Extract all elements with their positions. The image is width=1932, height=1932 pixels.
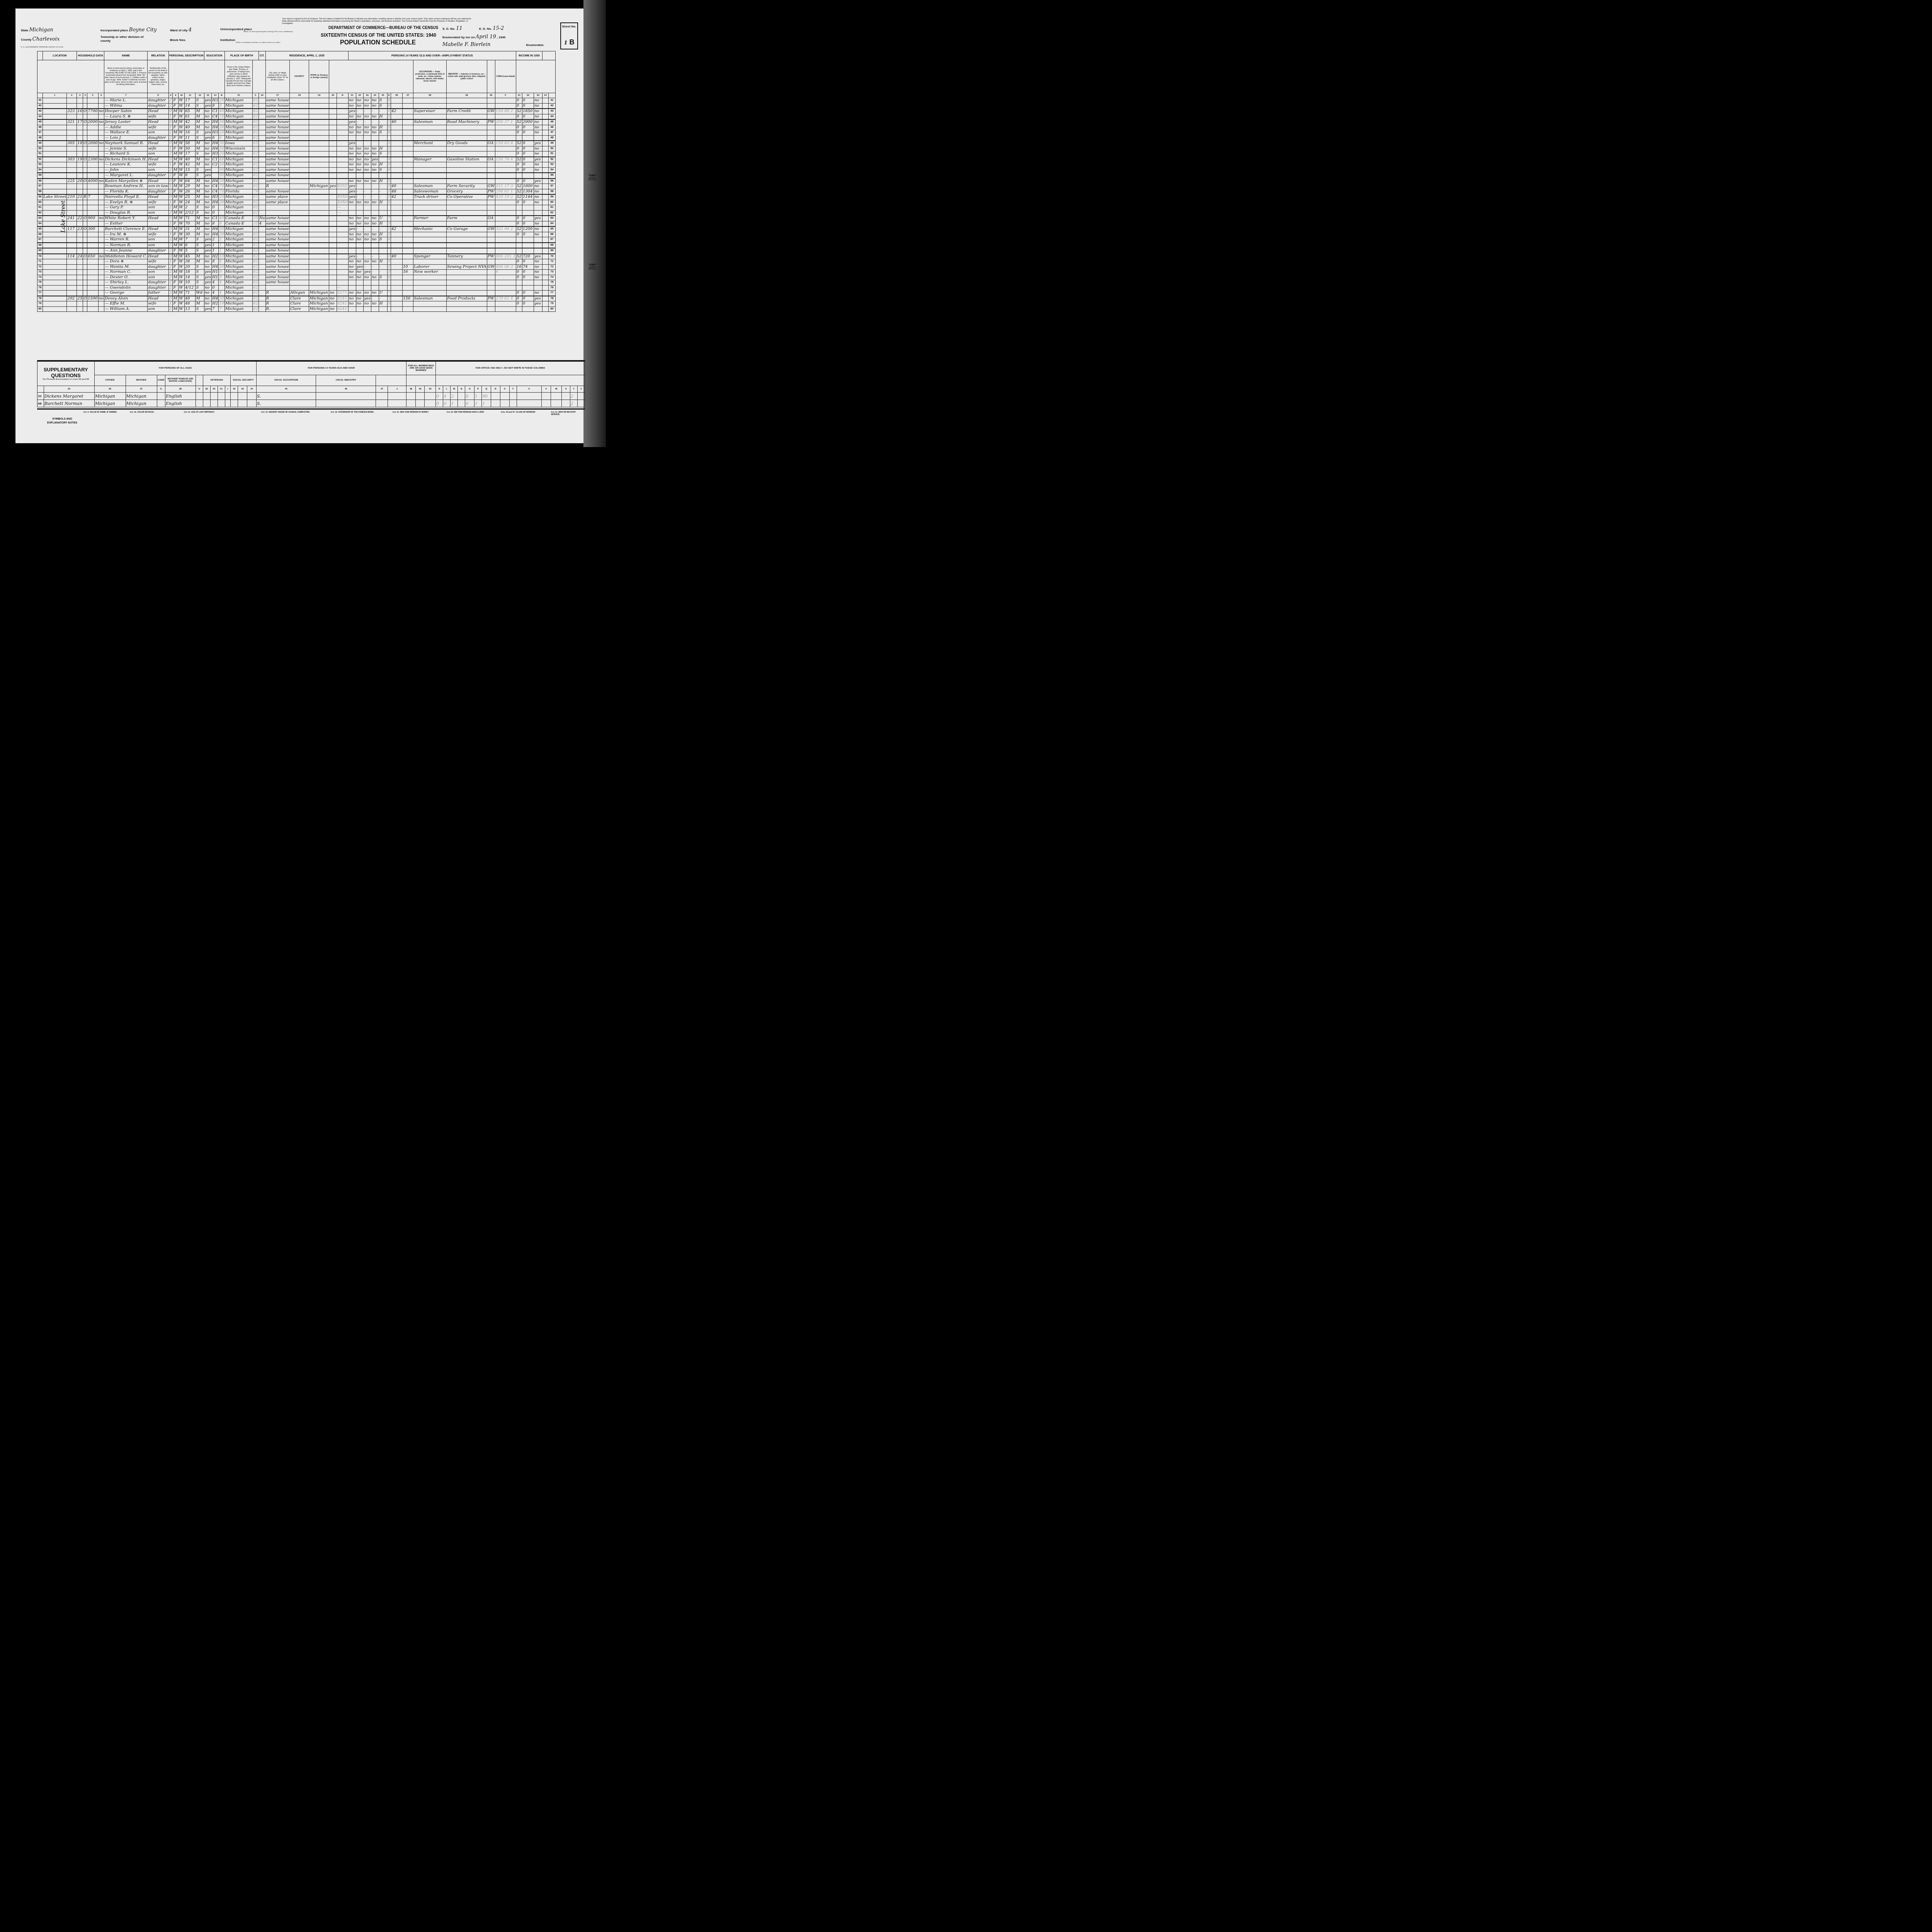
cell-wages: 0 (522, 216, 534, 221)
cell-race: W (179, 280, 185, 286)
cell-house (67, 248, 77, 254)
cell-value: 900 (87, 216, 98, 221)
cell-d (337, 264, 348, 270)
cell-class (487, 103, 495, 109)
cell-age: 2 (184, 205, 196, 211)
cell-street (43, 232, 67, 237)
cell-farm (98, 103, 104, 109)
cell-occupation (413, 232, 447, 237)
cell-c26 (391, 259, 403, 265)
cell-wages: 0 (522, 301, 534, 307)
cell-farm: no (98, 109, 104, 114)
cell-hh (77, 237, 83, 243)
cell-other: yes (534, 157, 542, 162)
cell-c: 62 (253, 167, 259, 173)
cell-weeks: 0 (516, 216, 522, 221)
cell-farm35: no (329, 301, 337, 307)
cell-res-county (290, 200, 309, 205)
cell-d (337, 130, 348, 136)
line-number-right: 76 (548, 285, 555, 291)
cell-res-county (290, 109, 309, 114)
cell-wages (522, 280, 534, 286)
cell-grade: 4 (212, 291, 219, 296)
cell-school: yes (204, 173, 212, 179)
cell-other: no (534, 146, 542, 151)
cell-b: 90 (219, 167, 225, 173)
supp-column-number: 47 (376, 386, 388, 393)
cell-occupation (413, 259, 447, 265)
cell-farm (98, 205, 104, 211)
township-field: Township or other division of county (100, 35, 151, 43)
census-row: 68— Norman R.son2MW6Syes11Michigan62same… (37, 243, 556, 248)
cell-sex: F (173, 280, 179, 286)
cell-cit (259, 306, 265, 312)
cell-f (495, 167, 516, 173)
cell-res-county (290, 151, 309, 157)
cell-c21: no (348, 130, 356, 136)
cell-house: 305 (67, 141, 77, 146)
cell-cit (259, 103, 265, 109)
cell-class (487, 291, 495, 296)
cell-c23 (364, 306, 371, 312)
cell-c25: S (379, 130, 387, 136)
cell-c: 62 (253, 280, 259, 286)
cell-value: 2000 (87, 119, 98, 125)
cell-line: 48 (37, 135, 43, 141)
cell-e: 5 (387, 301, 391, 307)
cell-farm35 (329, 173, 337, 179)
cell-c27: 10 (403, 264, 413, 270)
supp-column-number: N (458, 386, 465, 393)
cell-school: no (204, 119, 212, 125)
cell-street (43, 184, 67, 189)
cell-age: 17 (184, 98, 196, 104)
cell-other: no (534, 98, 542, 104)
column-number: 30 (487, 93, 495, 98)
line-number-right: 65 (548, 226, 555, 232)
column-number (37, 93, 43, 98)
ward-value: 4 (189, 27, 192, 33)
cell-b (219, 210, 225, 216)
column-number: 33 (534, 93, 542, 98)
cell-hh (77, 301, 83, 307)
cell-street (43, 296, 67, 301)
cell-industry: Grocery (447, 189, 487, 194)
cell-a: 1 (168, 232, 172, 237)
census-row: 67— Warren R.son2MW7Syes22Michigan62same… (37, 237, 556, 243)
column-number: 27 (403, 93, 413, 98)
cell-c26 (391, 135, 403, 141)
cell-school: no (204, 254, 212, 259)
cell-c22: - (356, 189, 364, 194)
cell-house (67, 291, 77, 296)
supp-column-number: M (451, 386, 458, 393)
cell-c26 (391, 237, 403, 243)
line-number-right: 71 (548, 259, 555, 265)
cell-b: 4 (219, 280, 225, 286)
census-row: 50— Jennie S.wife1FW50MnoH430Wisconsin63… (37, 146, 556, 151)
cell-c27 (403, 146, 413, 151)
cell-house (67, 270, 77, 275)
cell-school: yes (204, 248, 212, 254)
cell-c: 62 (253, 296, 259, 301)
schedule-title: POPULATION SCHEDULE (340, 39, 416, 46)
cell-house (67, 130, 77, 136)
cell-res-state (309, 221, 329, 226)
cell-house (67, 210, 77, 216)
cell-e: 5 (387, 200, 391, 205)
name-instructions: Name of each person whose usual place of… (104, 60, 148, 93)
cell-wages: 2000 (522, 119, 534, 125)
enumerator-signature: Mabelle F. Bierlein (442, 42, 490, 48)
supplementary-row: 68Burchett NormanMichiganMichiganEnglish… (37, 400, 585, 407)
cell-age: 48 (184, 301, 196, 307)
cell-c21: no (348, 146, 356, 151)
cell-street (43, 141, 67, 146)
cell-c26 (391, 306, 403, 312)
cell-cit (259, 254, 265, 259)
cell-class (487, 179, 495, 184)
cell-c25: - (379, 254, 387, 259)
cell-wages: 1800 (522, 184, 534, 189)
line-number-right: 47 (548, 130, 555, 136)
supp-cell (238, 393, 247, 400)
census-row: 64— Esther1FW70Mno88Canada-E354same hous… (37, 221, 556, 226)
cell-own (83, 162, 87, 168)
cell-hh: 23 (77, 226, 83, 232)
line-number-right: 79 (548, 301, 555, 307)
cell-occupation: Salesman (413, 296, 447, 301)
cell-wages: 0 (522, 98, 534, 104)
cell-name: — Dexter O. (104, 275, 148, 280)
cell-b: 90 (219, 173, 225, 179)
supp-cell-o: 8 (465, 393, 474, 400)
line-number-right: 73 (548, 270, 555, 275)
cell-farm35 (329, 237, 337, 243)
cell-race: W (179, 157, 185, 162)
census-row: 5622520O4000noKaden Maryellen ⊗Head0FW64… (37, 179, 556, 184)
cell-c24: no (371, 98, 379, 104)
cell-c: 62 (253, 285, 259, 291)
cell-school: no (204, 114, 212, 119)
cell-e: 1 (387, 254, 391, 259)
cell-c27 (403, 248, 413, 254)
cell-marital: S (196, 135, 204, 141)
cell-res-state (309, 194, 329, 200)
cell-line: 57 (37, 184, 43, 189)
cell-cit: 4 (259, 221, 265, 226)
cell-race: W (179, 301, 185, 307)
cell-farm (98, 184, 104, 189)
cell-relation: son (148, 243, 169, 248)
cell-cit (259, 270, 265, 275)
cell-c27 (403, 114, 413, 119)
cell-cit (259, 210, 265, 216)
cell-c21 (348, 306, 356, 312)
cell-f (495, 280, 516, 286)
cell-cit (259, 135, 265, 141)
census-row: 61— Gary P.son2MW2Sno0Michigan62—61 (37, 205, 556, 211)
supp-cell-father: Michigan (94, 393, 126, 400)
cell-age: 2/12 (184, 210, 196, 216)
column-number: 7 (104, 93, 148, 98)
cell-grade: C2 (212, 162, 219, 168)
cell-relation: daughter (148, 98, 169, 104)
census-row: 48— Lois J.daughter2FW11Syes66Michigan62… (37, 135, 556, 141)
cell-c25: H (379, 179, 387, 184)
cell-res-state (309, 200, 329, 205)
cell-line: 52 (37, 157, 43, 162)
cell-own: O (83, 226, 87, 232)
cell-value (87, 162, 98, 168)
cell-line: 72 (37, 264, 43, 270)
cell-f (495, 301, 516, 307)
cell-farm (98, 130, 104, 136)
cell-industry (447, 270, 487, 275)
cell-c22: no (356, 270, 364, 275)
cell-marital: M (196, 226, 204, 232)
supp-cell (218, 400, 225, 407)
cell-res-county: Clare (290, 306, 309, 312)
cell-b: 40 (219, 109, 225, 114)
cell-class: GW (487, 184, 495, 189)
cell-c26 (391, 285, 403, 291)
cell-farm (98, 221, 104, 226)
column-number: 13 (204, 93, 212, 98)
cell-res-county (290, 259, 309, 265)
supp-column-number: 43 (238, 386, 247, 393)
cell-res-city: R (265, 296, 290, 301)
cell-weeks: 0 (516, 98, 522, 104)
cell-res-city: same house (265, 125, 290, 130)
cell-weeks: 0 (516, 275, 522, 280)
cell-relation: son (148, 151, 169, 157)
supp-column-number: W (551, 386, 562, 393)
cell-own (83, 135, 87, 141)
cell-a: 2 (168, 167, 172, 173)
cell-farm (98, 173, 104, 179)
column-number: 6 (98, 93, 104, 98)
cell-hh (77, 135, 83, 141)
cell-c21: no (348, 232, 356, 237)
line-number-right: 49 (548, 141, 555, 146)
supp-column-number: 42 (231, 386, 238, 393)
cell-cit (259, 173, 265, 179)
cell-c26 (391, 98, 403, 104)
cell-b: 30 (219, 141, 225, 146)
cell-c22: - (356, 194, 364, 200)
cell-c24: no (371, 221, 379, 226)
cell-weeks: 0 (516, 301, 522, 307)
cell-street (43, 109, 67, 114)
cell-c22: - (356, 226, 364, 232)
supplementary-section: SUPPLEMENTARY QUESTIONS For Persons Enum… (37, 360, 585, 361)
cell-name: Middleton Howard C. (104, 254, 148, 259)
cell-d: — (337, 285, 348, 291)
cell-other (534, 237, 542, 243)
cell-res-city (265, 205, 290, 211)
cell-class (487, 221, 495, 226)
cell-c21 (348, 135, 356, 141)
cell-school: no (204, 125, 212, 130)
cell-own (83, 167, 87, 173)
cell-a: 2 (168, 210, 172, 216)
cell-age: 40 (184, 125, 196, 130)
cell-c34 (542, 280, 548, 286)
line-number-right: 67 (548, 237, 555, 243)
cell-c27 (403, 103, 413, 109)
cell-other (534, 243, 542, 248)
cell-line: 43 (37, 109, 43, 114)
cell-value (87, 221, 98, 226)
cell-c22 (356, 248, 364, 254)
supp-cell (225, 393, 230, 400)
line-number-right: 57 (548, 184, 555, 189)
cell-industry (447, 301, 487, 307)
cell-c27 (403, 189, 413, 194)
cell-age: 6 (184, 243, 196, 248)
cell-house (67, 98, 77, 104)
cell-other (534, 248, 542, 254)
cell-b: 9 (219, 275, 225, 280)
column-number: E (387, 93, 391, 98)
cell-res-city: same house (265, 189, 290, 194)
population-rows: 41— Marie L.daughter2FW17SyesH320Michiga… (37, 98, 556, 312)
supp-cell (210, 393, 218, 400)
cell-res-state: Michigan (309, 306, 329, 312)
cell-c24 (371, 248, 379, 254)
cell-b: 20 (219, 151, 225, 157)
cell-b: 30 (219, 226, 225, 232)
line-number-right: 63 (548, 216, 555, 221)
cell-other: no (534, 259, 542, 265)
cell-line: 69 (37, 248, 43, 254)
cell-own: O (83, 119, 87, 125)
line-number-right: 43 (548, 109, 555, 114)
cell-occupation (413, 243, 447, 248)
supp-cell (157, 400, 165, 407)
cell-marital: M (196, 301, 204, 307)
cell-weeks (516, 280, 522, 286)
cell-farm35 (329, 200, 337, 205)
cell-e: 6 (387, 275, 391, 280)
cell-res-state (309, 210, 329, 216)
cell-farm35 (329, 167, 337, 173)
cell-sex: M (173, 151, 179, 157)
cell-line: 62 (37, 210, 43, 216)
group-personal: PERSONAL DESCRIPTION (168, 51, 204, 60)
cell-value (87, 259, 98, 265)
cell-c24: yes (371, 157, 379, 162)
cell-grade: H4 (212, 200, 219, 205)
cell-c: 62 (253, 200, 259, 205)
printing-office: U. S. GOVERNMENT PRINTING OFFICE 16-1152… (21, 46, 63, 48)
cell-c22: no (356, 259, 364, 265)
cell-res-city: same house (265, 130, 290, 136)
cell-c22: - (356, 119, 364, 125)
cell-e: 4 (387, 157, 391, 162)
cell-hh (77, 205, 83, 211)
cell-hh (77, 151, 83, 157)
cell-res-state (309, 243, 329, 248)
cell-farm (98, 285, 104, 291)
cell-res-state (309, 264, 329, 270)
cell-c25: H (379, 200, 387, 205)
cell-own (83, 146, 87, 151)
cell-d (337, 162, 348, 168)
cell-race: W (179, 205, 185, 211)
cell-c34 (542, 179, 548, 184)
cell-c23 (364, 205, 371, 211)
cell-occupation (413, 151, 447, 157)
cell-occupation (413, 200, 447, 205)
cell-c27 (403, 216, 413, 221)
cell-marital: S (196, 151, 204, 157)
cell-res-county (290, 167, 309, 173)
cell-c25: U (379, 216, 387, 221)
cell-class (487, 146, 495, 151)
cell-name: Neirvella Floyd E. (104, 194, 148, 200)
cell-name: — Norman C. (104, 270, 148, 275)
cell-house: 241 (67, 216, 77, 221)
cell-hh: 19 (77, 157, 83, 162)
cell-cit (259, 114, 265, 119)
cell-cit (259, 194, 265, 200)
supp-cell (458, 400, 465, 407)
cell-cit (259, 179, 265, 184)
cell-race: W (179, 119, 185, 125)
cell-d (337, 157, 348, 162)
cell-c23 (364, 135, 371, 141)
cell-other: no (534, 167, 542, 173)
cell-own (83, 259, 87, 265)
cell-farm (98, 125, 104, 130)
cell-c24: no (371, 167, 379, 173)
cell-street (43, 167, 67, 173)
supp-cell-name: Burchett Norman (44, 400, 94, 407)
cell-c34 (542, 226, 548, 232)
supp-cell-k: 0 (436, 393, 443, 400)
cell-d: 6202 (337, 184, 348, 189)
cell-industry: Farm Credit (447, 109, 487, 114)
cell-marital: M (196, 259, 204, 265)
column-number: 24 (371, 93, 379, 98)
supp-column-number: I (225, 386, 230, 393)
cell-class (487, 151, 495, 157)
cell-industry (447, 210, 487, 216)
cell-res-city: same house (265, 151, 290, 157)
supp-cell (541, 400, 551, 407)
cell-c22: no (356, 130, 364, 136)
cell-c26 (391, 146, 403, 151)
cell-c22 (356, 243, 364, 248)
cell-sex: F (173, 301, 179, 307)
cell-f: 332 94 2 (495, 226, 516, 232)
cell-a: 2 (168, 280, 172, 286)
county-value: Charlevoix (32, 36, 60, 42)
cell-d: — (337, 210, 348, 216)
cell-industry (447, 103, 487, 109)
cell-res-county (290, 210, 309, 216)
cell-a: 2 (168, 243, 172, 248)
cell-d (337, 275, 348, 280)
cell-other (534, 285, 542, 291)
cell-a: 2 (168, 285, 172, 291)
cell-res-state (309, 173, 329, 179)
cell-c24: - (371, 189, 379, 194)
cell-c: 35 (253, 216, 259, 221)
cell-industry (447, 280, 487, 286)
